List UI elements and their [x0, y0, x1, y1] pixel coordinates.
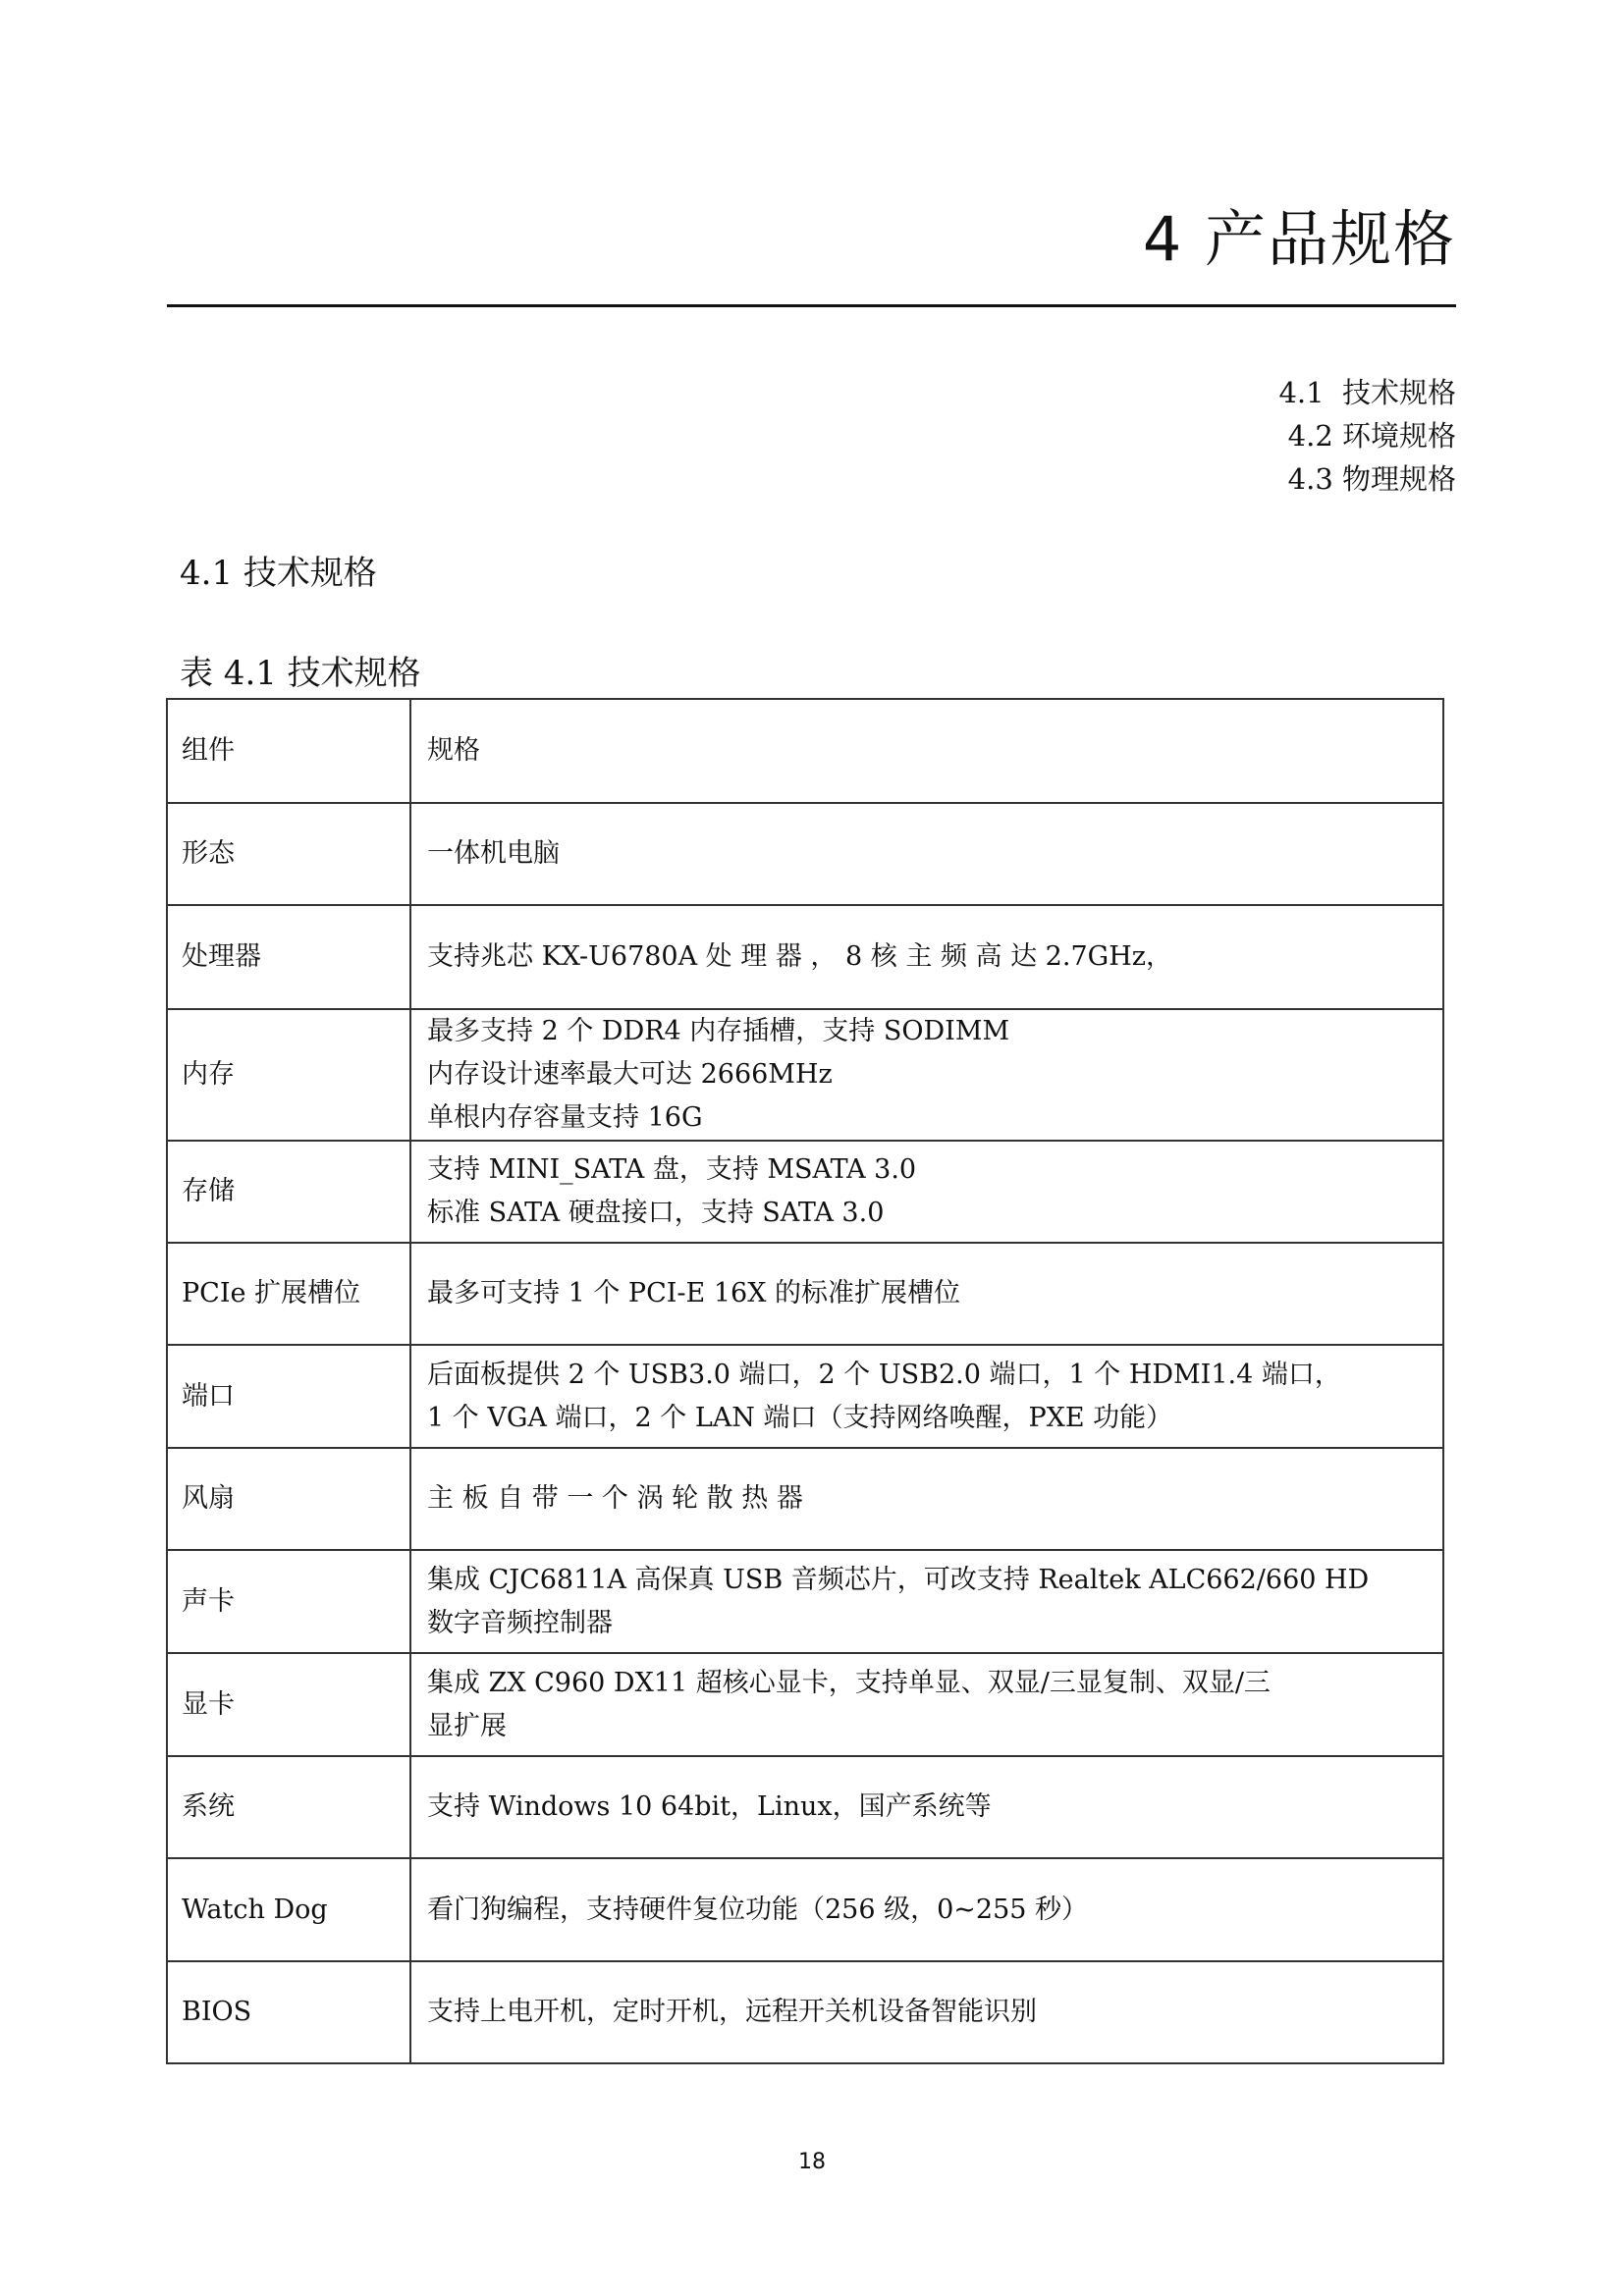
component-cell: Watch Dog	[167, 1858, 410, 1961]
table-row: 处理器支持兆芯 KX-U6780A 处 理 器 ， 8 核 主 频 高 达 2.…	[167, 905, 1443, 1009]
table-row: PCIe 扩展槽位最多可支持 1 个 PCI-E 16X 的标准扩展槽位	[167, 1243, 1443, 1345]
header-component: 组件	[167, 699, 410, 803]
table-row: 存储支持 MINI_SATA 盘，支持 MSATA 3.0标准 SATA 硬盘接…	[167, 1141, 1443, 1243]
component-cell: 内存	[167, 1009, 410, 1141]
spec-line: 后面板提供 2 个 USB3.0 端口，2 个 USB2.0 端口，1 个 HD…	[427, 1354, 1435, 1397]
chapter-divider	[167, 304, 1456, 307]
spec-cell: 支持兆芯 KX-U6780A 处 理 器 ， 8 核 主 频 高 达 2.7GH…	[410, 905, 1443, 1009]
toc-item-technical-specs: 4.1 技术规格	[1278, 371, 1456, 414]
table-header-row: 组件 规格	[167, 699, 1443, 803]
component-cell: PCIe 扩展槽位	[167, 1243, 410, 1345]
spec-line: 数字音频控制器	[427, 1602, 1435, 1645]
spec-line: 支持上电开机，定时开机，远程开关机设备智能识别	[427, 1991, 1435, 2034]
table-row: 系统支持 Windows 10 64bit，Linux，国产系统等	[167, 1756, 1443, 1858]
spec-line: 一体机电脑	[427, 832, 1435, 876]
chapter-title: 4 产品规格	[1143, 202, 1456, 277]
component-cell: 声卡	[167, 1550, 410, 1653]
table-row: 声卡集成 CJC6811A 高保真 USB 音频芯片，可改支持 Realtek …	[167, 1550, 1443, 1653]
spec-line: 标准 SATA 硬盘接口，支持 SATA 3.0	[427, 1192, 1435, 1235]
spec-line: 最多支持 2 个 DDR4 内存插槽，支持 SODIMM	[427, 1010, 1435, 1053]
spec-cell: 支持 Windows 10 64bit，Linux，国产系统等	[410, 1756, 1443, 1858]
spec-line: 1 个 VGA 端口，2 个 LAN 端口（支持网络唤醒，PXE 功能）	[427, 1397, 1435, 1440]
spec-line: 看门狗编程，支持硬件复位功能（256 级，0~255 秒）	[427, 1889, 1435, 1932]
spec-line: 支持 MINI_SATA 盘，支持 MSATA 3.0	[427, 1148, 1435, 1192]
component-cell: 形态	[167, 803, 410, 905]
table-row: 风扇主 板 自 带 一 个 涡 轮 散 热 器	[167, 1448, 1443, 1550]
spec-cell: 后面板提供 2 个 USB3.0 端口，2 个 USB2.0 端口，1 个 HD…	[410, 1345, 1443, 1448]
component-cell: 处理器	[167, 905, 410, 1009]
spec-cell: 最多支持 2 个 DDR4 内存插槽，支持 SODIMM内存设计速率最大可达 2…	[410, 1009, 1443, 1141]
spec-cell: 集成 CJC6811A 高保真 USB 音频芯片，可改支持 Realtek AL…	[410, 1550, 1443, 1653]
spec-line: 集成 ZX C960 DX11 超核心显卡，支持单显、双显/三显复制、双显/三	[427, 1662, 1435, 1705]
header-spec: 规格	[410, 699, 1443, 803]
table-row: 端口后面板提供 2 个 USB3.0 端口，2 个 USB2.0 端口，1 个 …	[167, 1345, 1443, 1448]
component-cell: 系统	[167, 1756, 410, 1858]
page-number: 18	[0, 2150, 1624, 2174]
table-row: 显卡集成 ZX C960 DX11 超核心显卡，支持单显、双显/三显复制、双显/…	[167, 1653, 1443, 1756]
toc-item-physical-specs: 4.3 物理规格	[1278, 457, 1456, 501]
spec-cell: 集成 ZX C960 DX11 超核心显卡，支持单显、双显/三显复制、双显/三显…	[410, 1653, 1443, 1756]
spec-line: 显扩展	[427, 1705, 1435, 1748]
toc-item-environment-specs: 4.2 环境规格	[1278, 414, 1456, 457]
table-caption: 表 4.1 技术规格	[180, 652, 421, 695]
component-cell: 风扇	[167, 1448, 410, 1550]
component-cell: 显卡	[167, 1653, 410, 1756]
chapter-toc: 4.1 技术规格 4.2 环境规格 4.3 物理规格	[1278, 371, 1456, 501]
spec-table: 组件 规格 形态一体机电脑处理器支持兆芯 KX-U6780A 处 理 器 ， 8…	[166, 698, 1444, 2064]
component-cell: BIOS	[167, 1961, 410, 2063]
spec-cell: 一体机电脑	[410, 803, 1443, 905]
spec-line: 内存设计速率最大可达 2666MHz	[427, 1053, 1435, 1096]
section-heading: 4.1 技术规格	[180, 552, 377, 595]
component-cell: 端口	[167, 1345, 410, 1448]
spec-cell: 主 板 自 带 一 个 涡 轮 散 热 器	[410, 1448, 1443, 1550]
spec-line: 集成 CJC6811A 高保真 USB 音频芯片，可改支持 Realtek AL…	[427, 1559, 1435, 1602]
spec-line: 支持兆芯 KX-U6780A 处 理 器 ， 8 核 主 频 高 达 2.7GH…	[427, 935, 1435, 979]
component-cell: 存储	[167, 1141, 410, 1243]
table-row: 内存最多支持 2 个 DDR4 内存插槽，支持 SODIMM内存设计速率最大可达…	[167, 1009, 1443, 1141]
spec-cell: 支持 MINI_SATA 盘，支持 MSATA 3.0标准 SATA 硬盘接口，…	[410, 1141, 1443, 1243]
table-row: 形态一体机电脑	[167, 803, 1443, 905]
spec-line: 主 板 自 带 一 个 涡 轮 散 热 器	[427, 1477, 1435, 1521]
spec-cell: 看门狗编程，支持硬件复位功能（256 级，0~255 秒）	[410, 1858, 1443, 1961]
spec-cell: 支持上电开机，定时开机，远程开关机设备智能识别	[410, 1961, 1443, 2063]
spec-cell: 最多可支持 1 个 PCI-E 16X 的标准扩展槽位	[410, 1243, 1443, 1345]
spec-line: 支持 Windows 10 64bit，Linux，国产系统等	[427, 1786, 1435, 1829]
table-row: Watch Dog看门狗编程，支持硬件复位功能（256 级，0~255 秒）	[167, 1858, 1443, 1961]
spec-line: 单根内存容量支持 16G	[427, 1096, 1435, 1140]
spec-line: 最多可支持 1 个 PCI-E 16X 的标准扩展槽位	[427, 1272, 1435, 1315]
table-row: BIOS支持上电开机，定时开机，远程开关机设备智能识别	[167, 1961, 1443, 2063]
